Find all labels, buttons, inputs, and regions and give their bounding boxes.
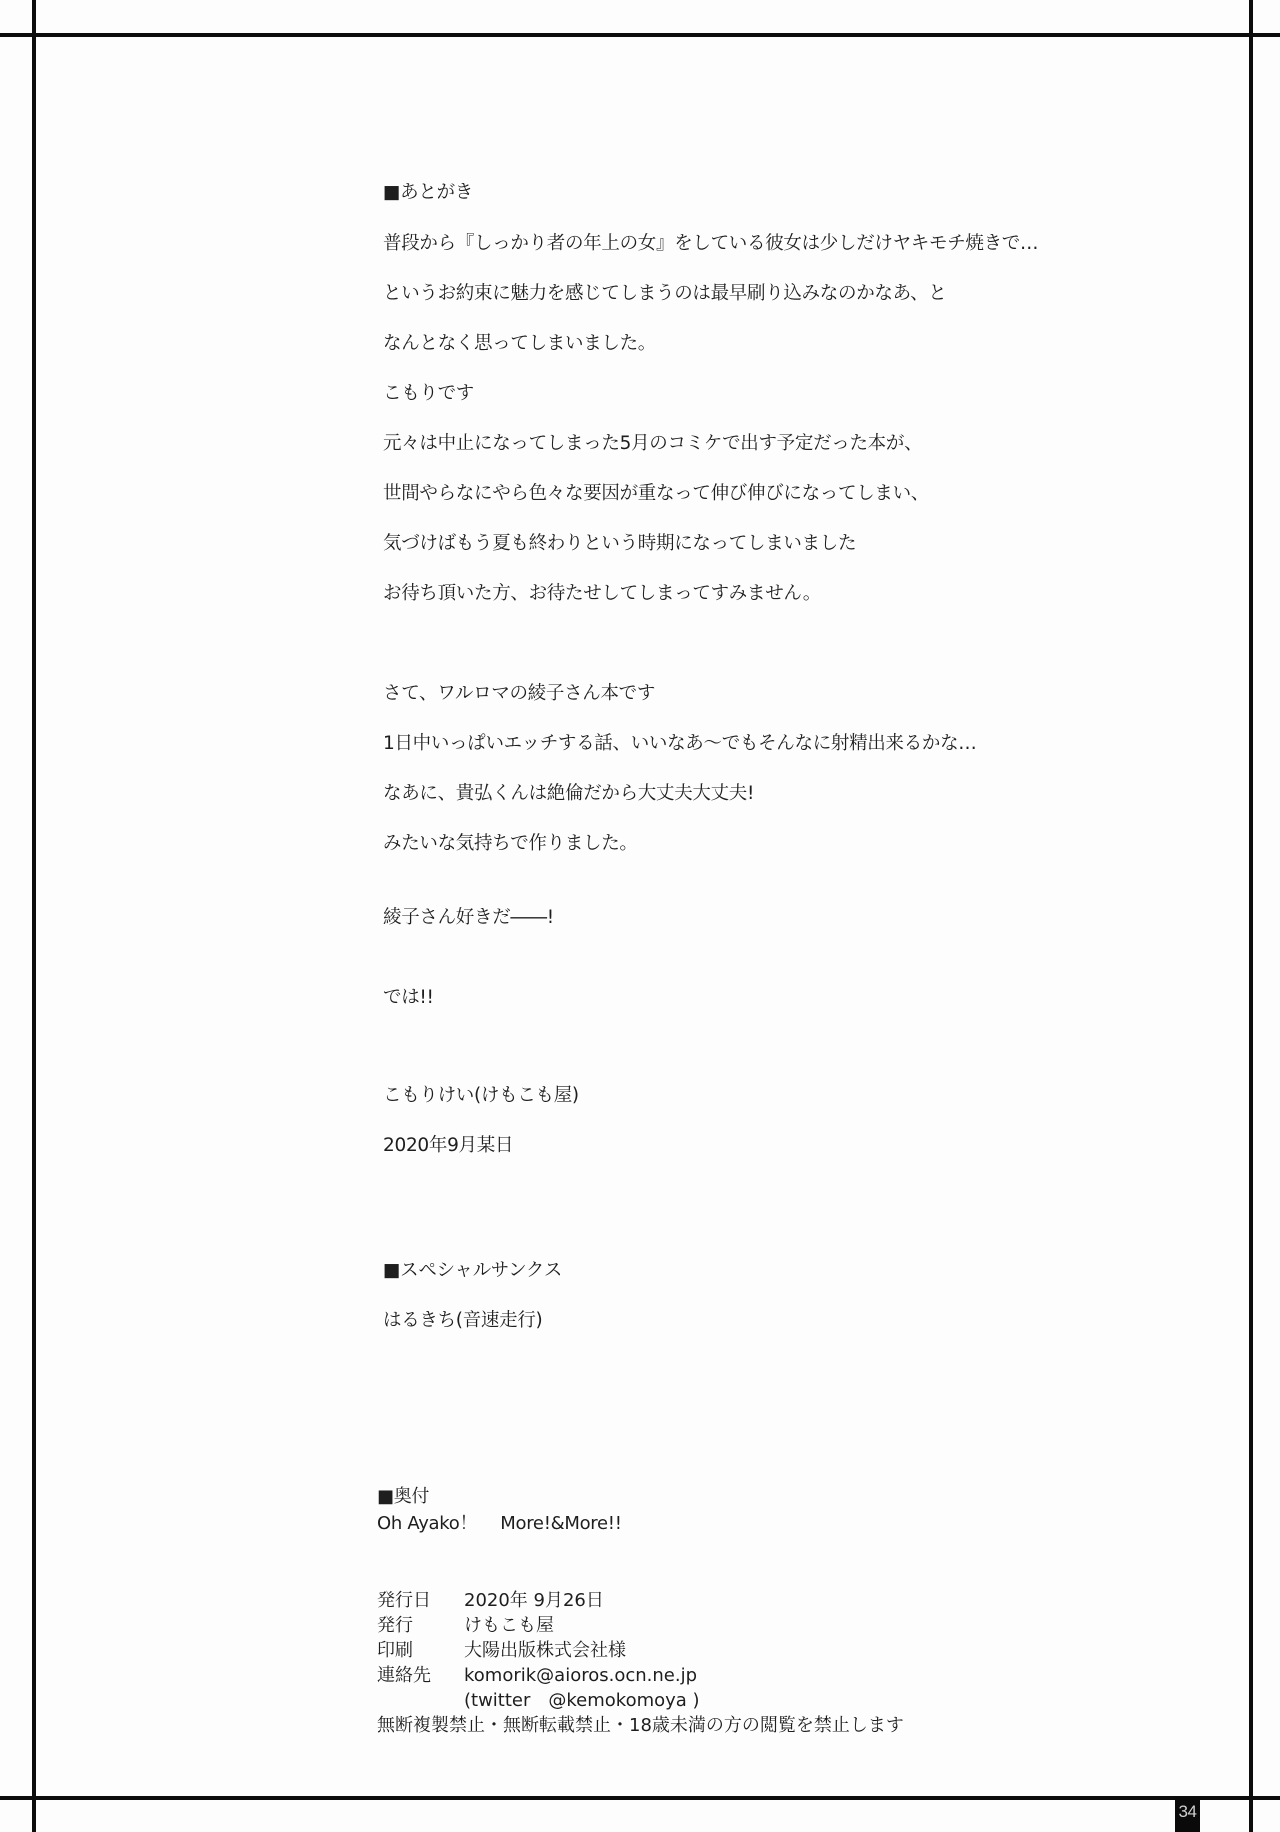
colophon-label: 印刷 — [377, 1640, 464, 1662]
colophon-label — [377, 1690, 464, 1712]
colophon-row-printer: 印刷 大陽出版株式会社様 — [377, 1640, 626, 1662]
frame-bottom-border — [0, 1796, 1280, 1800]
afterword-exclamation: 綾子さん好きだ――! — [383, 906, 554, 930]
colophon-label: 発行 — [377, 1615, 464, 1637]
contact-twitter: (twitter @kemokomoya ) — [464, 1690, 700, 1712]
afterword-line: というお約束に魅力を感じてしまうのは最早刷り込みなのかなあ、と — [383, 282, 946, 306]
colophon-title: Oh Ayako！ More!&More!! — [377, 1513, 622, 1535]
page-number: 34 — [1175, 1797, 1200, 1832]
afterword-line: 1日中いっぱいエッチする話、いいなあ～でもそんなに射精出来るかな… — [383, 732, 977, 756]
colophon-row-publish-date: 発行日 2020年 9月26日 — [377, 1590, 604, 1612]
afterword-heading: ■あとがき — [383, 181, 473, 205]
afterword-line: 世間やらなにやら色々な要因が重なって伸び伸びになってしまい、 — [383, 482, 929, 506]
colophon-label: 連絡先 — [377, 1665, 464, 1687]
afterword-signature: こもりけい(けもこも屋) — [383, 1084, 579, 1108]
afterword-line: お待ち頂いた方、お待たせしてしまってすみません。 — [383, 582, 821, 606]
colophon-label: 発行日 — [377, 1590, 464, 1612]
colophon-heading: ■奥付 — [377, 1486, 429, 1508]
special-thanks-name: はるきち(音速走行) — [383, 1309, 542, 1333]
afterword-line: こもりです — [383, 382, 474, 406]
afterword-line: なあに、貴弘くんは絶倫だから大丈夫大丈夫! — [383, 782, 754, 806]
colophon-row-twitter: (twitter @kemokomoya ) — [377, 1690, 700, 1712]
afterword-farewell: では!! — [383, 986, 434, 1010]
copyright-notice: 無断複製禁止・無断転載禁止・18歳未満の方の閲覧を禁止します — [377, 1715, 904, 1737]
afterword-line: なんとなく思ってしまいました。 — [383, 332, 656, 356]
afterword-line: 普段から『しっかり者の年上の女』をしている彼女は少しだけヤキモチ焼きで… — [383, 232, 1038, 256]
afterword-date: 2020年9月某日 — [383, 1134, 513, 1158]
afterword-line: 元々は中止になってしまった5月のコミケで出す予定だった本が、 — [383, 432, 922, 456]
afterword-line: みたいな気持ちで作りました。 — [383, 832, 638, 856]
special-thanks-heading: ■スペシャルサンクス — [383, 1259, 562, 1283]
afterword-line: 気づけばもう夏も終わりという時期になってしまいました — [383, 532, 856, 556]
colophon-row-publisher: 発行 けもこも屋 — [377, 1615, 554, 1637]
frame-right-border — [1249, 0, 1253, 1832]
afterword-line: さて、ワルロマの綾子さん本です — [383, 682, 655, 706]
colophon-value: 大陽出版株式会社様 — [464, 1640, 626, 1662]
colophon-value: 2020年 9月26日 — [464, 1590, 604, 1612]
frame-top-border — [0, 33, 1280, 37]
colophon-notice: 無断複製禁止・無断転載禁止・18歳未満の方の閲覧を禁止します — [377, 1715, 904, 1737]
contact-email: komorik@aioros.ocn.ne.jp — [464, 1665, 697, 1687]
colophon-row-contact: 連絡先 komorik@aioros.ocn.ne.jp — [377, 1665, 697, 1687]
frame-left-border — [32, 0, 36, 1832]
colophon-value: けもこも屋 — [464, 1615, 554, 1637]
